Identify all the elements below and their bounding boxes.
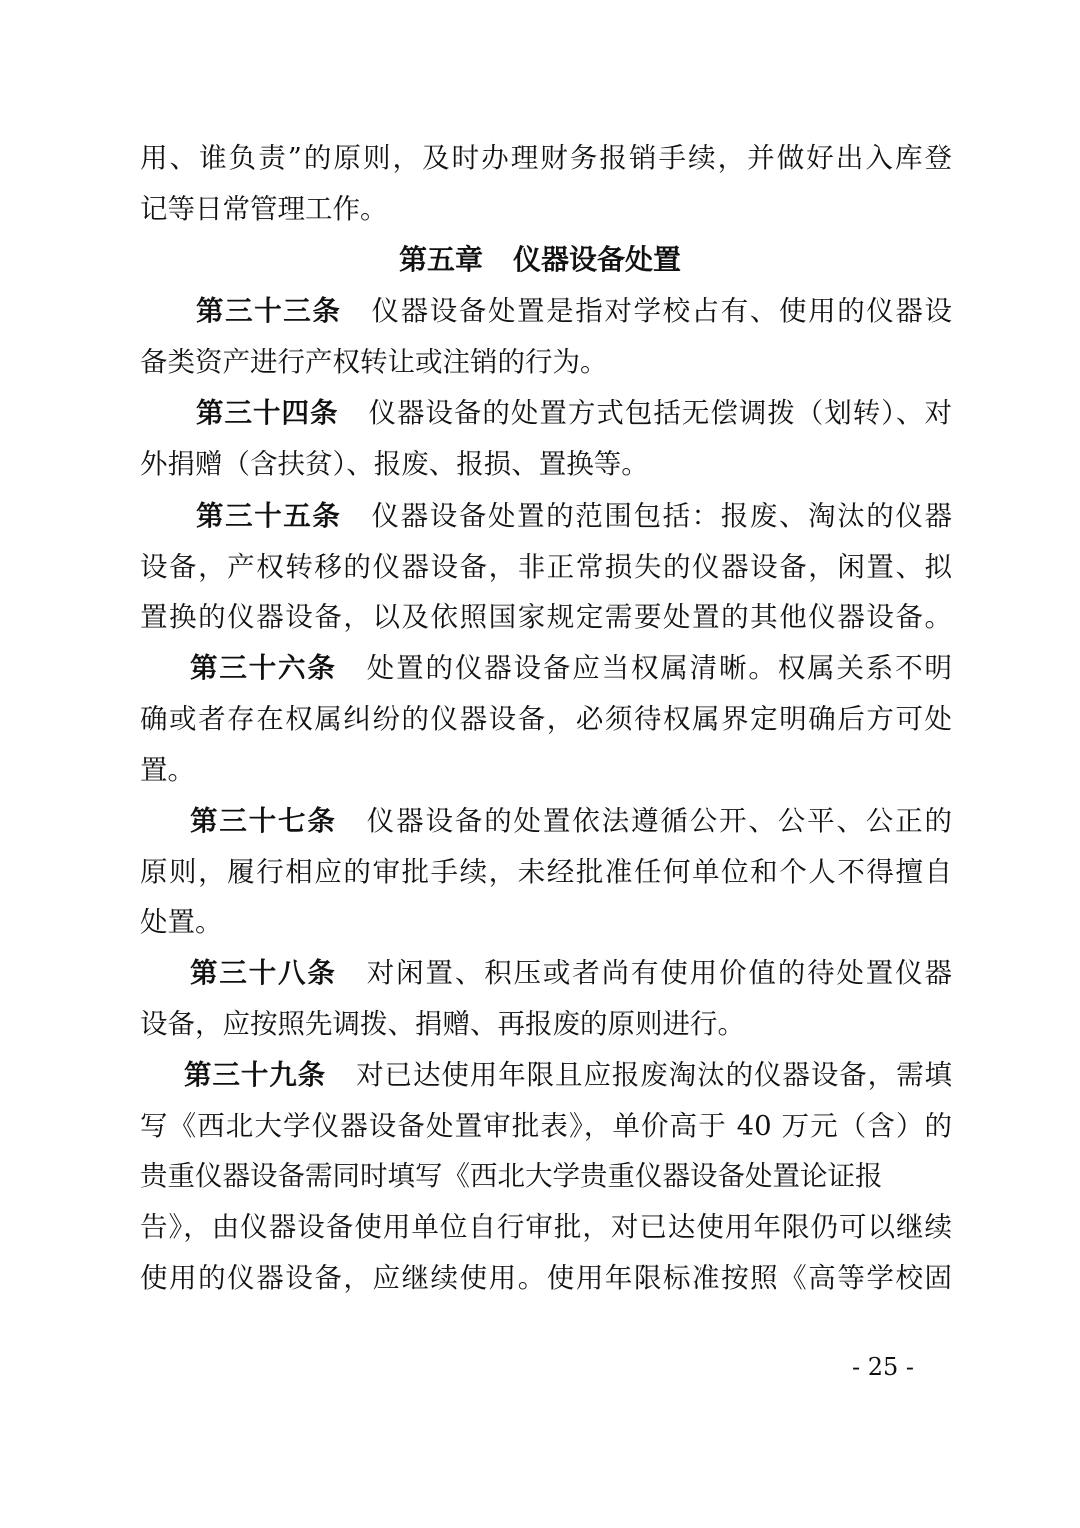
- paragraph-line: 确或者存在权属纠纷的仪器设备，必须待权属界定明确后方可处: [140, 699, 952, 739]
- page-number: - 25 -: [838, 1352, 928, 1382]
- paragraph-line: 写《西北大学仪器设备处置审批表》，单价高于 40 万元（含）的: [140, 1106, 952, 1146]
- article-number: 第三十四条: [196, 397, 338, 429]
- paragraph-line: 原则，履行相应的审批手续，未经批准任何单位和个人不得擅自: [140, 852, 952, 892]
- paragraph-line: 使用的仪器设备，应继续使用。使用年限标准按照《高等学校固: [140, 1258, 952, 1298]
- article-38-line: 第三十八条对闲置、积压或者尚有使用价值的待处置仪器: [190, 953, 952, 993]
- article-34-line: 第三十四条仪器设备的处置方式包括无偿调拨（划转）、对: [196, 393, 952, 433]
- article-number: 第三十三条: [196, 295, 342, 327]
- article-number: 第三十六条: [190, 652, 337, 684]
- paragraph-line: 设备，产权转移的仪器设备，非正常损失的仪器设备，闲置、拟: [140, 547, 952, 587]
- chapter-heading: 第五章仪器设备处置: [0, 240, 1080, 280]
- article-37-line: 第三十七条仪器设备的处置依法遵循公开、公平、公正的: [190, 801, 952, 841]
- paragraph-line: 置。: [140, 750, 952, 790]
- paragraph-line: 告》，由仪器设备使用单位自行审批，对已达使用年限仍可以继续: [140, 1207, 952, 1247]
- paragraph-line: 处置。: [140, 902, 952, 942]
- paragraph-line: 置换的仪器设备，以及依照国家规定需要处置的其他仪器设备。: [140, 597, 952, 637]
- article-39-line: 第三十九条对已达使用年限且应报废淘汰的仪器设备，需填: [184, 1055, 952, 1095]
- article-35-line: 第三十五条仪器设备处置的范围包括：报废、淘汰的仪器: [196, 496, 952, 536]
- paragraph-line: 设备，应按照先调拨、捐赠、再报废的原则进行。: [140, 1004, 952, 1044]
- article-number: 第三十九条: [184, 1059, 326, 1091]
- paragraph-line: 备类资产进行产权转让或注销的行为。: [140, 342, 952, 382]
- article-number: 第三十五条: [196, 500, 342, 532]
- chapter-title: 仪器设备处置: [513, 243, 681, 276]
- document-page: 用、谁负责”的原则，及时办理财务报销手续，并做好出入库登 记等日常管理工作。 第…: [0, 0, 1080, 1528]
- paragraph-line: 贵重仪器设备需同时填写《西北大学贵重仪器设备处置论证报: [140, 1156, 952, 1196]
- paragraph-line: 外捐赠（含扶贫）、报废、报损、置换等。: [140, 444, 952, 484]
- article-36-line: 第三十六条处置的仪器设备应当权属清晰。权属关系不明: [190, 648, 952, 688]
- paragraph-line: 用、谁负责”的原则，及时办理财务报销手续，并做好出入库登: [140, 138, 952, 178]
- chapter-number: 第五章: [399, 243, 483, 276]
- paragraph-line: 记等日常管理工作。: [140, 189, 952, 229]
- article-33-line: 第三十三条仪器设备处置是指对学校占有、使用的仪器设: [196, 291, 952, 331]
- article-number: 第三十七条: [190, 805, 337, 837]
- article-number: 第三十八条: [190, 957, 337, 989]
